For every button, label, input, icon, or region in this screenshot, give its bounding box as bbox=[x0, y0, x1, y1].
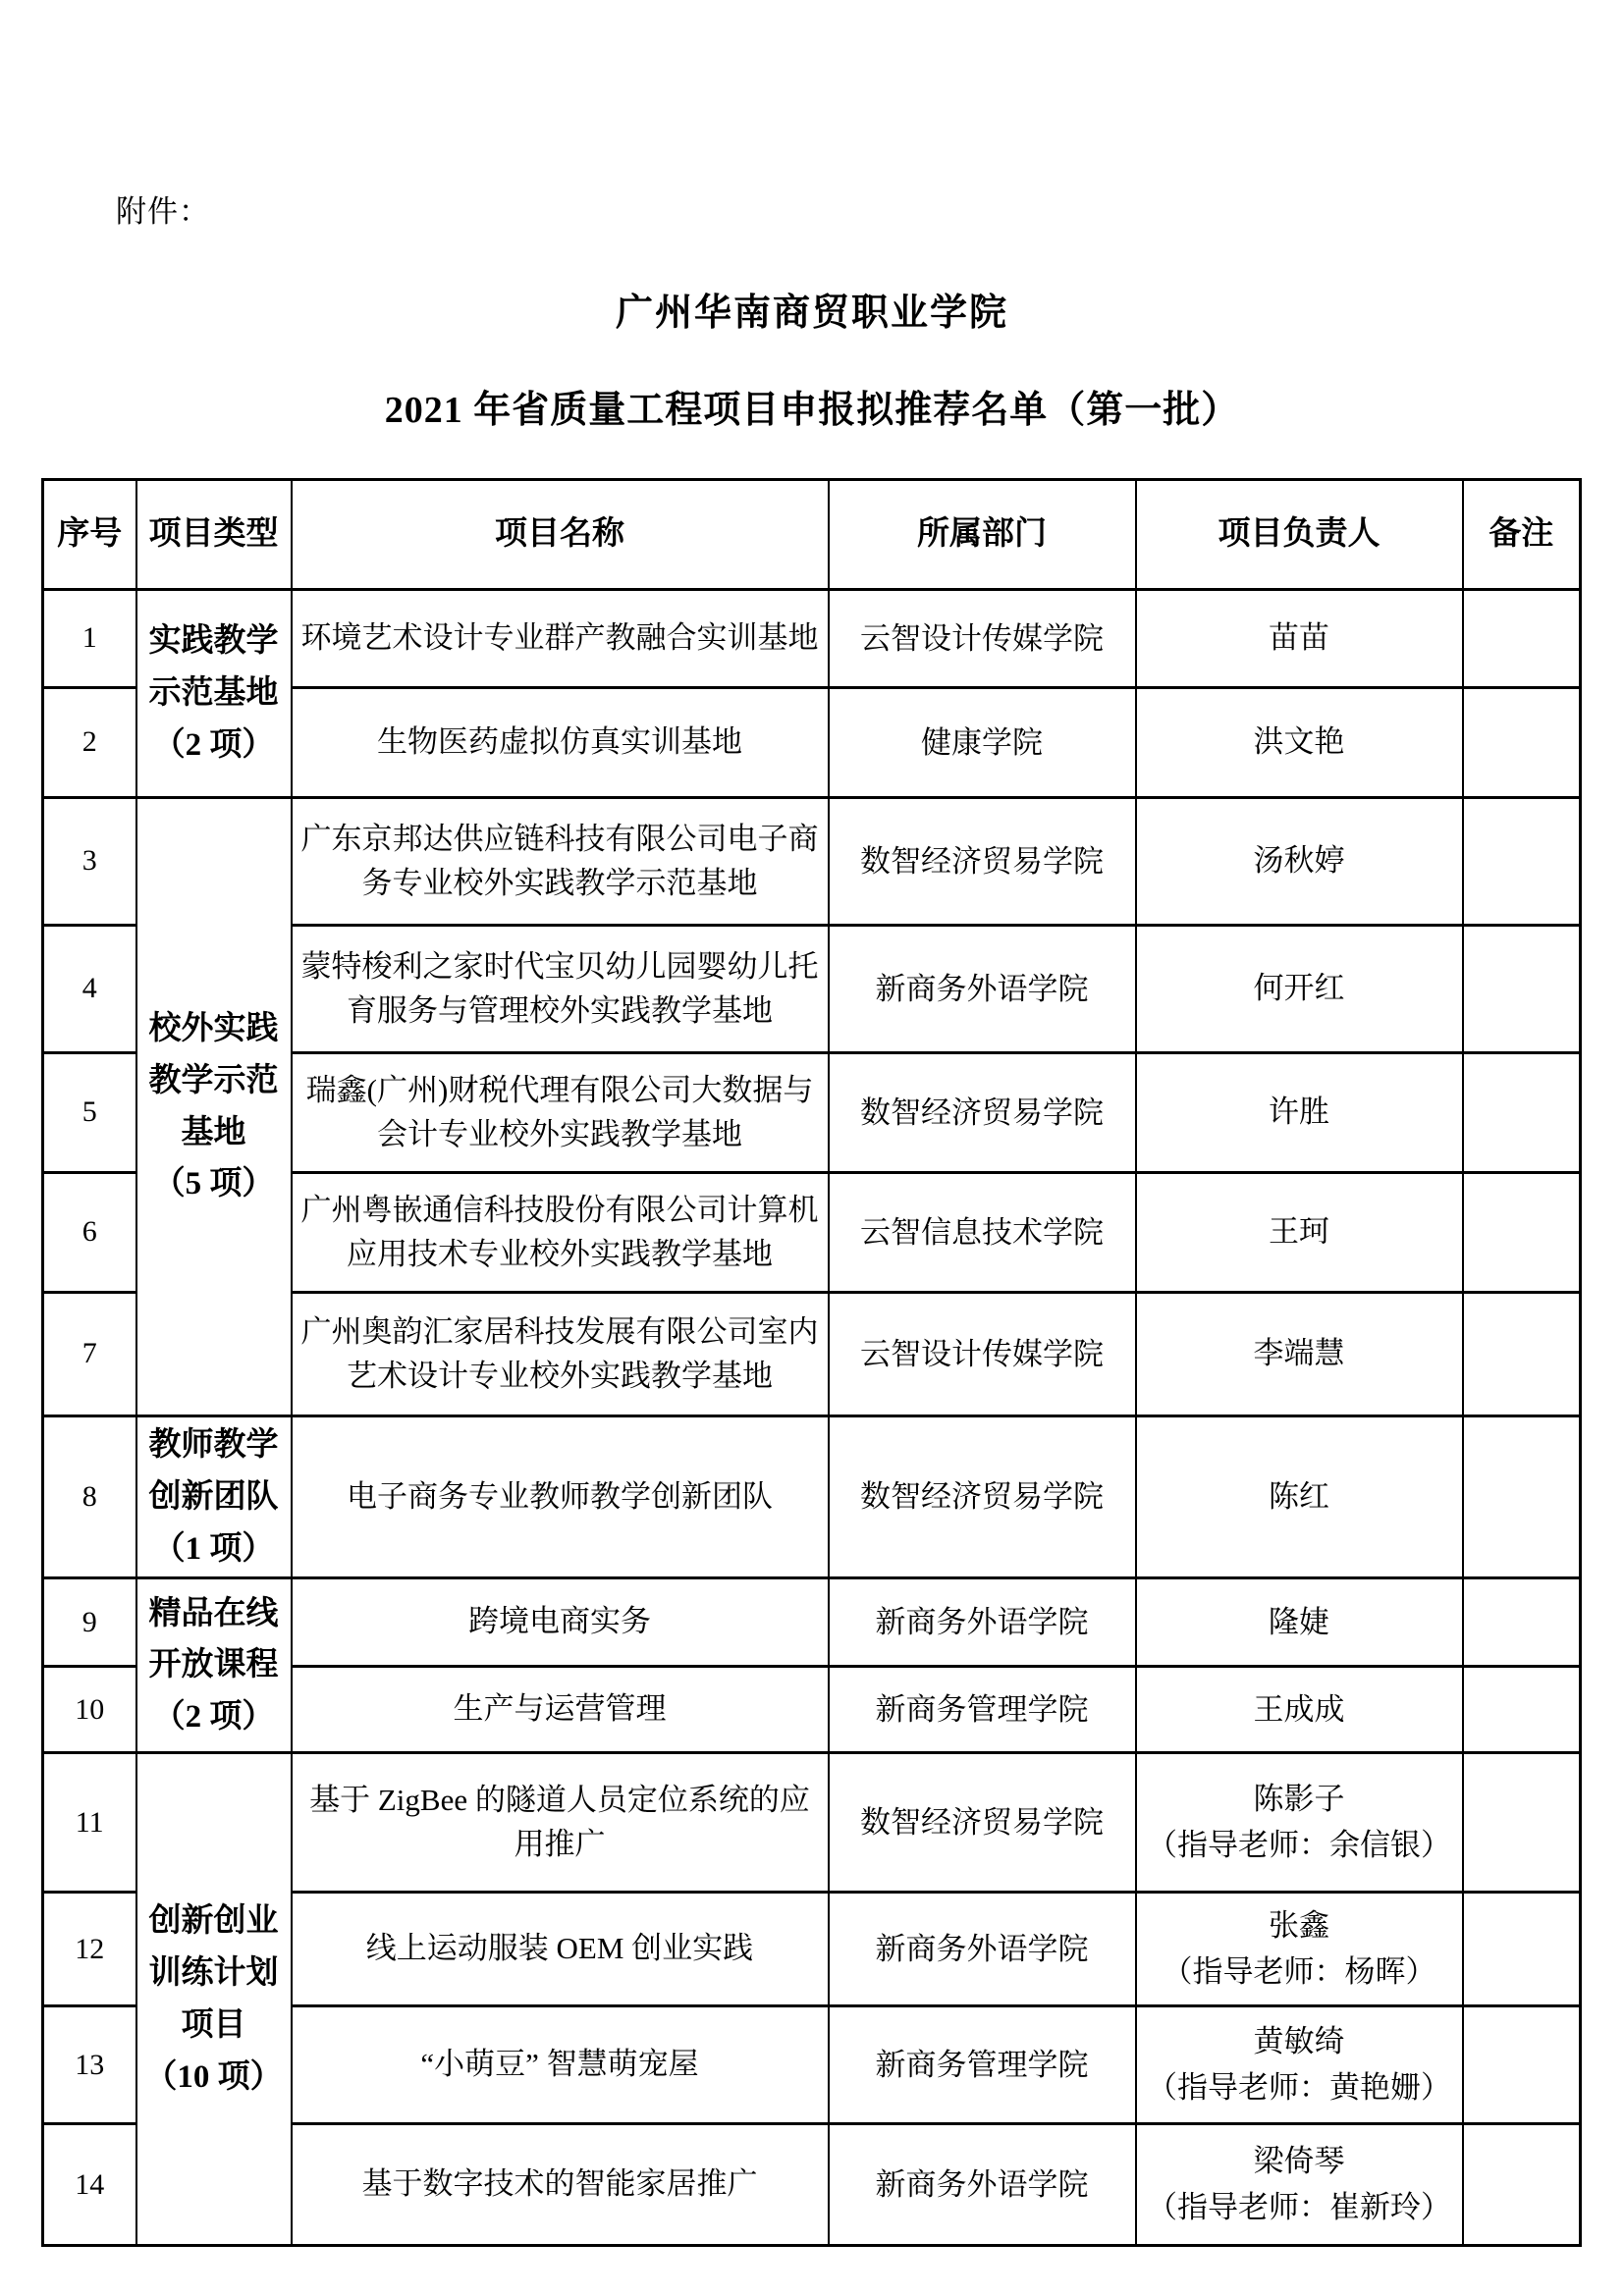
cell-remark bbox=[1463, 2124, 1581, 2246]
cell-dept: 健康学院 bbox=[829, 688, 1136, 798]
document-page: 附件： 广州华南商贸职业学院 2021 年省质量工程项目申报拟推荐名单（第一批）… bbox=[0, 0, 1624, 2296]
cell-dept: 数智经济贸易学院 bbox=[829, 1416, 1136, 1578]
cell-name: 生物医药虚拟仿真实训基地 bbox=[292, 688, 829, 798]
cell-name: 广州奥韵汇家居科技发展有限公司室内艺术设计专业校外实践教学基地 bbox=[292, 1293, 829, 1416]
header-dept: 所属部门 bbox=[829, 480, 1136, 590]
cell-name: 瑞鑫(广州)财税代理有限公司大数据与会计专业校外实践教学基地 bbox=[292, 1053, 829, 1173]
table-row: 3 校外实践教学示范基地 （5 项） 广东京邦达供应链科技有限公司电子商务专业校… bbox=[43, 798, 1581, 926]
cell-remark bbox=[1463, 1578, 1581, 1667]
cell-leader: 黄敏绮 （指导老师：黄艳姗） bbox=[1136, 2006, 1463, 2124]
cell-no: 14 bbox=[43, 2124, 136, 2246]
cell-dept: 新商务外语学院 bbox=[829, 1578, 1136, 1667]
cell-name: 环境艺术设计专业群产教融合实训基地 bbox=[292, 590, 829, 688]
cell-dept: 数智经济贸易学院 bbox=[829, 798, 1136, 926]
cell-no: 7 bbox=[43, 1293, 136, 1416]
cell-no: 1 bbox=[43, 590, 136, 688]
cell-no: 2 bbox=[43, 688, 136, 798]
cell-category: 教师教学创新团队 （1 项） bbox=[136, 1416, 292, 1578]
cell-category: 精品在线开放课程 （2 项） bbox=[136, 1578, 292, 1753]
cell-no: 8 bbox=[43, 1416, 136, 1578]
cell-remark bbox=[1463, 1173, 1581, 1293]
cell-no: 3 bbox=[43, 798, 136, 926]
projects-table: 序号 项目类型 项目名称 所属部门 项目负责人 备注 1 实践教学示范基地 （2… bbox=[41, 478, 1582, 2247]
cell-leader: 隆婕 bbox=[1136, 1578, 1463, 1667]
cell-remark bbox=[1463, 1293, 1581, 1416]
cell-remark bbox=[1463, 926, 1581, 1053]
cell-no: 12 bbox=[43, 1893, 136, 2006]
cell-no: 6 bbox=[43, 1173, 136, 1293]
cell-name: 基于 ZigBee 的隧道人员定位系统的应用推广 bbox=[292, 1753, 829, 1893]
cell-dept: 新商务外语学院 bbox=[829, 926, 1136, 1053]
cell-leader: 汤秋婷 bbox=[1136, 798, 1463, 926]
cell-remark bbox=[1463, 1667, 1581, 1753]
cell-dept: 云智信息技术学院 bbox=[829, 1173, 1136, 1293]
cell-no: 11 bbox=[43, 1753, 136, 1893]
page-title: 广州华南商贸职业学院 bbox=[0, 282, 1624, 336]
cell-dept: 新商务管理学院 bbox=[829, 1667, 1136, 1753]
header-category: 项目类型 bbox=[136, 480, 292, 590]
header-remark: 备注 bbox=[1463, 480, 1581, 590]
cell-dept: 云智设计传媒学院 bbox=[829, 590, 1136, 688]
cell-category: 实践教学示范基地 （2 项） bbox=[136, 590, 292, 798]
cell-leader: 陈红 bbox=[1136, 1416, 1463, 1578]
cell-remark bbox=[1463, 688, 1581, 798]
cell-remark bbox=[1463, 1416, 1581, 1578]
cell-name: 线上运动服装 OEM 创业实践 bbox=[292, 1893, 829, 2006]
cell-dept: 新商务管理学院 bbox=[829, 2006, 1136, 2124]
cell-leader: 何开红 bbox=[1136, 926, 1463, 1053]
cell-dept: 数智经济贸易学院 bbox=[829, 1053, 1136, 1173]
cell-dept: 数智经济贸易学院 bbox=[829, 1753, 1136, 1893]
cell-name: 广东京邦达供应链科技有限公司电子商务专业校外实践教学示范基地 bbox=[292, 798, 829, 926]
cell-leader: 许胜 bbox=[1136, 1053, 1463, 1173]
cell-category: 创新创业训练计划项目 （10 项） bbox=[136, 1753, 292, 2246]
cell-name: 电子商务专业教师教学创新团队 bbox=[292, 1416, 829, 1578]
attachment-label: 附件： bbox=[116, 0, 1624, 231]
cell-leader: 陈影子 （指导老师：余信银） bbox=[1136, 1753, 1463, 1893]
table-row: 9 精品在线开放课程 （2 项） 跨境电商实务 新商务外语学院 隆婕 bbox=[43, 1578, 1581, 1667]
header-name: 项目名称 bbox=[292, 480, 829, 590]
header-leader: 项目负责人 bbox=[1136, 480, 1463, 590]
table-row: 8 教师教学创新团队 （1 项） 电子商务专业教师教学创新团队 数智经济贸易学院… bbox=[43, 1416, 1581, 1578]
table-row: 1 实践教学示范基地 （2 项） 环境艺术设计专业群产教融合实训基地 云智设计传… bbox=[43, 590, 1581, 688]
cell-remark bbox=[1463, 2006, 1581, 2124]
cell-leader: 张鑫 （指导老师：杨晖） bbox=[1136, 1893, 1463, 2006]
cell-name: “小萌豆” 智慧萌宠屋 bbox=[292, 2006, 829, 2124]
cell-no: 4 bbox=[43, 926, 136, 1053]
cell-remark bbox=[1463, 1893, 1581, 2006]
cell-leader: 李端慧 bbox=[1136, 1293, 1463, 1416]
cell-leader: 王珂 bbox=[1136, 1173, 1463, 1293]
cell-leader: 苗苗 bbox=[1136, 590, 1463, 688]
cell-dept: 云智设计传媒学院 bbox=[829, 1293, 1136, 1416]
cell-dept: 新商务外语学院 bbox=[829, 2124, 1136, 2246]
cell-name: 基于数字技术的智能家居推广 bbox=[292, 2124, 829, 2246]
cell-remark bbox=[1463, 1053, 1581, 1173]
cell-name: 跨境电商实务 bbox=[292, 1578, 829, 1667]
cell-name: 生产与运营管理 bbox=[292, 1667, 829, 1753]
cell-leader: 洪文艳 bbox=[1136, 688, 1463, 798]
cell-remark bbox=[1463, 798, 1581, 926]
cell-no: 10 bbox=[43, 1667, 136, 1753]
cell-no: 13 bbox=[43, 2006, 136, 2124]
cell-remark bbox=[1463, 590, 1581, 688]
cell-leader: 王成成 bbox=[1136, 1667, 1463, 1753]
header-no: 序号 bbox=[43, 480, 136, 590]
cell-category: 校外实践教学示范基地 （5 项） bbox=[136, 798, 292, 1416]
cell-leader: 梁倚琴 （指导老师：崔新玲） bbox=[1136, 2124, 1463, 2246]
table-header-row: 序号 项目类型 项目名称 所属部门 项目负责人 备注 bbox=[43, 480, 1581, 590]
cell-no: 9 bbox=[43, 1578, 136, 1667]
cell-name: 蒙特梭利之家时代宝贝幼儿园婴幼儿托育服务与管理校外实践教学基地 bbox=[292, 926, 829, 1053]
cell-name: 广州粤嵌通信科技股份有限公司计算机应用技术专业校外实践教学基地 bbox=[292, 1173, 829, 1293]
cell-remark bbox=[1463, 1753, 1581, 1893]
page-subtitle: 2021 年省质量工程项目申报拟推荐名单（第一批） bbox=[0, 379, 1624, 433]
cell-no: 5 bbox=[43, 1053, 136, 1173]
cell-dept: 新商务外语学院 bbox=[829, 1893, 1136, 2006]
table-row: 11 创新创业训练计划项目 （10 项） 基于 ZigBee 的隧道人员定位系统… bbox=[43, 1753, 1581, 1893]
